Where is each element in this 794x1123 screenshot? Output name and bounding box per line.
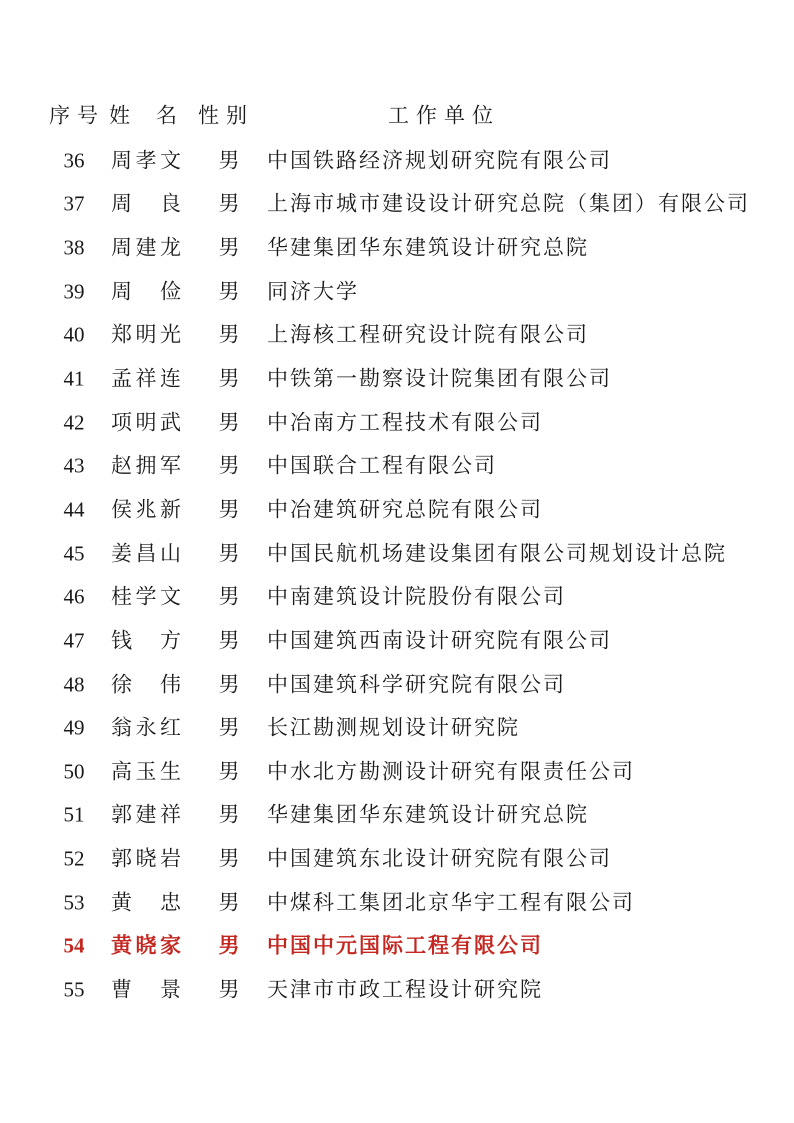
person-name: 孟祥连 [111,369,181,390]
work-unit: 华建集团华东建筑设计研究总院 [267,238,589,259]
row-serial-number: 50 [48,761,100,782]
table-row: 37 周良 男 上海市城市建设设计研究总院（集团）有限公司 [0,183,794,227]
gender: 男 [191,194,267,215]
person-name-char: 学 [136,587,157,608]
gender: 男 [191,412,267,433]
person-name: 周良 [111,194,181,215]
person-name-char: 周 [111,150,132,171]
table-row: 55 曹景 男 天津市市政工程设计研究院 [0,968,794,1012]
person-name: 徐伟 [111,674,181,695]
gender: 男 [191,979,267,1000]
person-name-char: 钱 [111,630,132,651]
person-name-char: 光 [160,325,181,346]
row-serial-number: 48 [48,674,100,695]
header-serial-number: 序号 [49,106,105,127]
table-row: 38 周建龙 男 华建集团华东建筑设计研究总院 [0,226,794,270]
person-name-char: 祥 [160,805,181,826]
gender: 男 [191,150,267,171]
row-serial-number: 41 [48,369,100,390]
person-name-char: 建 [136,805,157,826]
row-serial-number: 53 [48,892,100,913]
row-serial-number: 49 [48,718,100,739]
work-unit: 中国中元国际工程有限公司 [267,936,543,957]
person-name-char: 文 [160,150,181,171]
work-unit: 中国铁路经济规划研究院有限公司 [267,150,612,171]
person-name-char: 景 [160,979,181,1000]
person-name-char: 玉 [136,761,157,782]
person-name-char: 昌 [136,543,157,564]
table-header: 序号 姓 名 性别 工作单位 [0,93,794,139]
person-name-char: 永 [136,718,157,739]
person-name-char: 祥 [136,369,157,390]
person-name-char: 赵 [111,456,132,477]
person-name-char: 方 [160,630,181,651]
row-serial-number: 55 [48,979,100,1000]
row-serial-number: 38 [48,238,100,259]
row-serial-number: 39 [48,281,100,302]
person-name-char: 晓 [136,936,157,957]
table-row: 41 孟祥连 男 中铁第一勘察设计院集团有限公司 [0,357,794,401]
person-name-char: 姜 [111,543,132,564]
row-serial-number: 51 [48,805,100,826]
gender: 男 [191,718,267,739]
person-name-char: 郑 [111,325,132,346]
gender: 男 [191,761,267,782]
person-name-char: 孟 [111,369,132,390]
table-row: 46 桂学文 男 中南建筑设计院股份有限公司 [0,575,794,619]
person-name: 钱方 [111,630,181,651]
table-row: 43 赵拥军 男 中国联合工程有限公司 [0,444,794,488]
header-name-char-2: 名 [156,106,177,127]
header-work-unit: 工作单位 [388,106,500,127]
work-unit: 上海市城市建设设计研究总院（集团）有限公司 [267,194,750,215]
work-unit: 中铁第一勘察设计院集团有限公司 [267,369,612,390]
table-row: 48 徐伟 男 中国建筑科学研究院有限公司 [0,663,794,707]
person-name: 郑明光 [111,325,181,346]
row-serial-number: 44 [48,499,100,520]
person-name-char: 晓 [136,849,157,870]
person-name-char: 侯 [111,499,132,520]
table-row: 53 黄忠 男 中煤科工集团北京华宇工程有限公司 [0,881,794,925]
person-name-char: 良 [160,194,181,215]
person-name-char: 孝 [136,150,157,171]
header-name-char-1: 姓 [109,106,130,127]
work-unit: 中水北方勘测设计研究有限责任公司 [267,761,635,782]
work-unit: 上海核工程研究设计院有限公司 [267,325,589,346]
person-name-char: 武 [160,412,181,433]
row-serial-number: 45 [48,543,100,564]
row-serial-number: 52 [48,849,100,870]
person-name-char: 周 [111,238,132,259]
row-serial-number: 47 [48,630,100,651]
person-name-char: 建 [136,238,157,259]
work-unit: 中国建筑西南设计研究院有限公司 [267,630,612,651]
person-name-char: 新 [160,499,181,520]
person-name-char: 文 [160,587,181,608]
work-unit: 华建集团华东建筑设计研究总院 [267,805,589,826]
work-unit: 长江勘测规划设计研究院 [267,718,520,739]
work-unit: 中国联合工程有限公司 [267,456,497,477]
row-serial-number: 37 [48,194,100,215]
person-name-char: 兆 [136,499,157,520]
person-name-char: 拥 [136,456,157,477]
person-name: 周俭 [111,281,181,302]
work-unit: 中国民航机场建设集团有限公司规划设计总院 [267,543,727,564]
gender: 男 [191,805,267,826]
work-unit: 中煤科工集团北京华宇工程有限公司 [267,892,635,913]
person-name-char: 黄 [111,936,132,957]
table-row: 50 高玉生 男 中水北方勘测设计研究有限责任公司 [0,750,794,794]
row-serial-number: 46 [48,587,100,608]
gender: 男 [191,238,267,259]
table-row: 47 钱方 男 中国建筑西南设计研究院有限公司 [0,619,794,663]
person-name: 黄晓家 [111,936,181,957]
work-unit: 中南建筑设计院股份有限公司 [267,587,566,608]
gender: 男 [191,369,267,390]
person-name: 周建龙 [111,238,181,259]
row-serial-number: 42 [48,412,100,433]
gender: 男 [191,630,267,651]
person-name-char: 徐 [111,674,132,695]
table-row: 39 周俭 男 同济大学 [0,270,794,314]
person-name-char: 忠 [160,892,181,913]
table-row: 51 郭建祥 男 华建集团华东建筑设计研究总院 [0,794,794,838]
person-name-char: 周 [111,194,132,215]
person-name-char: 红 [160,718,181,739]
gender: 男 [191,892,267,913]
gender: 男 [191,281,267,302]
person-name-char: 桂 [111,587,132,608]
document-page: 序号 姓 名 性别 工作单位 36 周孝文 男 中国铁路经济规划研究院有限公司 … [0,0,794,1123]
person-name: 项明武 [111,412,181,433]
person-name-char: 郭 [111,849,132,870]
row-serial-number: 36 [48,150,100,171]
person-name-char: 山 [160,543,181,564]
person-name-char: 周 [111,281,132,302]
person-name: 赵拥军 [111,456,181,477]
person-name-char: 生 [160,761,181,782]
table-row: 49 翁永红 男 长江勘测规划设计研究院 [0,706,794,750]
table-body: 36 周孝文 男 中国铁路经济规划研究院有限公司 37 周良 男 上海市城市建设… [0,139,794,1012]
person-name: 桂学文 [111,587,181,608]
gender: 男 [191,543,267,564]
person-name-char: 黄 [111,892,132,913]
row-serial-number: 43 [48,456,100,477]
gender: 男 [191,674,267,695]
row-serial-number: 54 [48,936,100,957]
person-name: 黄忠 [111,892,181,913]
person-name-char: 明 [136,412,157,433]
gender: 男 [191,499,267,520]
header-gender: 性别 [198,106,254,127]
person-name-char: 军 [160,456,181,477]
person-name-char: 俭 [160,281,181,302]
gender: 男 [191,325,267,346]
person-name: 高玉生 [111,761,181,782]
person-name-char: 家 [160,936,181,957]
person-name-char: 连 [160,369,181,390]
person-name: 姜昌山 [111,543,181,564]
gender: 男 [191,456,267,477]
table-row: 52 郭晓岩 男 中国建筑东北设计研究院有限公司 [0,837,794,881]
gender: 男 [191,849,267,870]
table-row: 36 周孝文 男 中国铁路经济规划研究院有限公司 [0,139,794,183]
person-name: 郭建祥 [111,805,181,826]
person-name: 郭晓岩 [111,849,181,870]
person-name-char: 曹 [111,979,132,1000]
person-name: 翁永红 [111,718,181,739]
person-name-char: 龙 [160,238,181,259]
person-name-char: 高 [111,761,132,782]
person-name-char: 郭 [111,805,132,826]
gender: 男 [191,936,267,957]
table-row: 40 郑明光 男 上海核工程研究设计院有限公司 [0,314,794,358]
work-unit: 同济大学 [267,281,359,302]
person-name: 周孝文 [111,150,181,171]
table-row: 54 黄晓家 男 中国中元国际工程有限公司 [0,925,794,969]
person-name-char: 翁 [111,718,132,739]
work-unit: 天津市市政工程设计研究院 [267,979,543,1000]
person-name-char: 项 [111,412,132,433]
work-unit: 中国建筑科学研究院有限公司 [267,674,566,695]
work-unit: 中冶南方工程技术有限公司 [267,412,543,433]
person-name-char: 岩 [160,849,181,870]
gender: 男 [191,587,267,608]
person-name: 侯兆新 [111,499,181,520]
work-unit: 中国建筑东北设计研究院有限公司 [267,849,612,870]
table-row: 44 侯兆新 男 中冶建筑研究总院有限公司 [0,488,794,532]
table-row: 42 项明武 男 中冶南方工程技术有限公司 [0,401,794,445]
row-serial-number: 40 [48,325,100,346]
header-name: 姓 名 [109,106,177,127]
person-name-char: 明 [136,325,157,346]
table-row: 45 姜昌山 男 中国民航机场建设集团有限公司规划设计总院 [0,532,794,576]
person-name: 曹景 [111,979,181,1000]
person-name-char: 伟 [160,674,181,695]
work-unit: 中冶建筑研究总院有限公司 [267,499,543,520]
